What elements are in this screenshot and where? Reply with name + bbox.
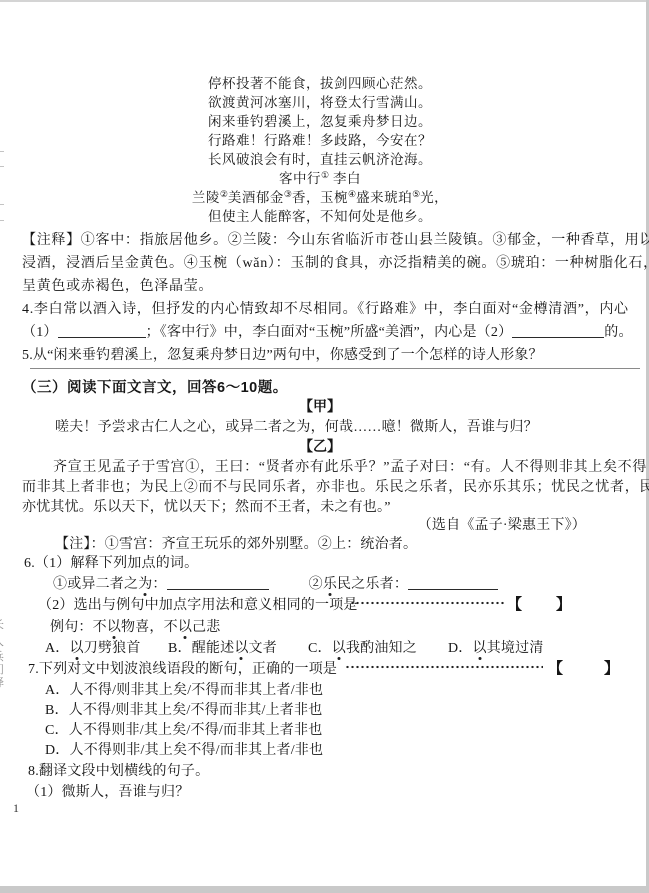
passage-note: 【注】：①雪宫：齐宣王玩乐的郊外别墅。②上：统治者。 [55, 533, 417, 553]
passage-source: （选自《孟子·梁惠王下》） [0, 514, 586, 534]
margin-fragment: 长 [0, 616, 6, 630]
question-7-option-a[interactable]: A．人不得/则非其上矣/不得而非其上者/非也 [45, 679, 323, 699]
margin-fragment: 兵 [0, 648, 6, 662]
margin-fragment: 释 [0, 674, 6, 688]
passage-jia-text: 嗟夫！予尝求古仁人之心，或异二者之为，何哉……噫！微斯人，吾谁与归？ [55, 416, 538, 436]
answer-bracket-close: 】 [604, 657, 619, 678]
question-7-option-c[interactable]: C．人不得则非/其上矣/不得/而非其上者非也 [45, 719, 322, 739]
dotted-char: 以 [332, 641, 346, 656]
question-4-line1: 4.李白常以酒入诗，但抒发的内心情致却不尽相同。《行路难》中，李白面对“金樽清酒… [22, 298, 629, 318]
footnote-ref: ② [220, 189, 228, 199]
section-3-heading: （三）阅读下面文言文，回答6～10题。 [22, 376, 288, 397]
footnote-ref: ⑤ [412, 189, 420, 199]
poem-line: 但使主人能醉客，不知何处是他乡。 [0, 205, 640, 225]
poem-notes-line: 呈黄色或赤褐色，色泽晶莹。 [22, 275, 213, 295]
passage-yi-line: 而非其上者非也；为民上②而不与民同乐者，亦非也。乐民之乐者，民亦乐其乐；忧民之忧… [22, 476, 649, 496]
exam-page: 长 人 兵 门 释 停杯投著不能食，拔剑四顾心茫然。 欲渡黄河冰塞川，将登太行雪… [0, 0, 649, 893]
dotted-char: 以 [178, 620, 192, 635]
poem-line: 长风破浪会有时，直挂云帆济沧海。 [0, 148, 640, 168]
question-7-stem: 7.下列对文中划波浪线语段的断句，正确的一项是 [28, 658, 337, 678]
passage-yi-line: 齐宣王见孟子于雪宫①，王曰：“贤者亦有此乐乎？”孟子对曰：“有。人不得则非其上矣… [53, 456, 647, 476]
answer-blank[interactable] [408, 576, 498, 590]
question-5: 5.从“闲来垂钓碧溪上，忽复乘舟梦日边”两句中，你感受到了一个怎样的诗人形象？ [22, 344, 543, 364]
question-8-stem: 8.翻译文段中划横线的句子。 [28, 760, 209, 780]
question-6-option-c[interactable]: C．以我酌油知之 [308, 637, 417, 657]
passage-yi-line: 亦忧其忧。乐以天下，忧以天下；然而不王者，未之有也。” [22, 496, 391, 516]
footnote-ref: ① [321, 170, 329, 180]
question-4-line2: （1）；《客中行》中，李白面对“玉椀”所盛“美酒”，内心是（2）的。 [22, 321, 633, 341]
answer-bracket-close: 】 [556, 593, 571, 614]
page-number: 1 [13, 801, 19, 816]
passage-yi-label: 【乙】 [0, 436, 640, 456]
answer-blank[interactable] [167, 576, 269, 590]
dotted-char: 以 [473, 641, 487, 656]
poem-line: 行路难！行路难！多歧路，今安在？ [0, 129, 640, 149]
footnote-ref: ④ [348, 189, 356, 199]
question-7-option-d[interactable]: D．人不得则非/其上矣不得/而非其上者/非也 [45, 739, 323, 759]
page-top-edge [0, 0, 649, 2]
poem-line: 兰陵②美酒郁金③香，玉椀④盛来琥珀⑤光， [0, 186, 640, 206]
poem-notes-line: 【注释】①客中：指旅居他乡。②兰陵：今山东省临沂市苍山县兰陵镇。③郁金，一种香草… [22, 229, 649, 249]
dotted-char: 为 [138, 577, 152, 592]
q6-item-1: ①或异二者之为： [53, 577, 167, 592]
question-6-option-a[interactable]: A．以刀劈狼首 [45, 637, 141, 657]
dotted-char: 乐 [323, 577, 337, 592]
answer-blank[interactable] [58, 324, 146, 338]
poem-notes-line: 浸酒，浸酒后呈金黄色。④玉椀（wǎn）：玉制的食具，亦泛指精美的碗。⑤琥珀：一种… [22, 252, 649, 272]
poem-title: 客中行① 李白 [0, 167, 640, 187]
dot-leader [350, 601, 505, 605]
question-6-option-d[interactable]: D．以其境过清 [448, 637, 544, 657]
passage-jia-label: 【甲】 [0, 396, 640, 416]
question-6-option-b[interactable]: B．醒能述以文者 [168, 637, 277, 657]
poem-line: 欲渡黄河冰塞川，将登太行雪满山。 [0, 91, 640, 111]
question-7-option-b[interactable]: B．人不得/则非其上矣/不得而非其/上者非也 [45, 699, 322, 719]
question-6-2-stem: （2）选出与例句中加点字用法和意义相同的一项是 [38, 594, 358, 614]
question-6-stem: 6.（1）解释下列加点的词。 [24, 552, 198, 572]
q6-item-2: ②乐民之乐者： [309, 577, 408, 592]
poem-line: 闲来垂钓碧溪上，忽复乘舟梦日边。 [0, 110, 640, 130]
margin-fragment: 人 [0, 633, 6, 647]
page-bottom-edge [0, 886, 649, 893]
dotted-char: 以 [234, 641, 248, 656]
answer-blank[interactable] [512, 324, 604, 338]
dot-leader [345, 665, 543, 669]
margin-fragment: 门 [0, 661, 6, 675]
answer-bracket-open: 【 [548, 657, 563, 678]
dotted-char: 以 [70, 641, 84, 656]
dotted-char: 以 [107, 620, 121, 635]
question-6-example: 例句：不以物喜，不以己悲 [50, 616, 220, 636]
question-8-sub1: （1）微斯人，吾谁与归？ [26, 781, 189, 801]
answer-bracket-open: 【 [507, 593, 522, 614]
section-divider [30, 368, 640, 369]
question-6-items: ①或异二者之为：②乐民之乐者： [53, 573, 498, 593]
poem-author: 李白 [333, 171, 361, 186]
poem-line: 停杯投著不能食，拔剑四顾心茫然。 [0, 72, 640, 92]
footnote-ref: ③ [284, 189, 292, 199]
